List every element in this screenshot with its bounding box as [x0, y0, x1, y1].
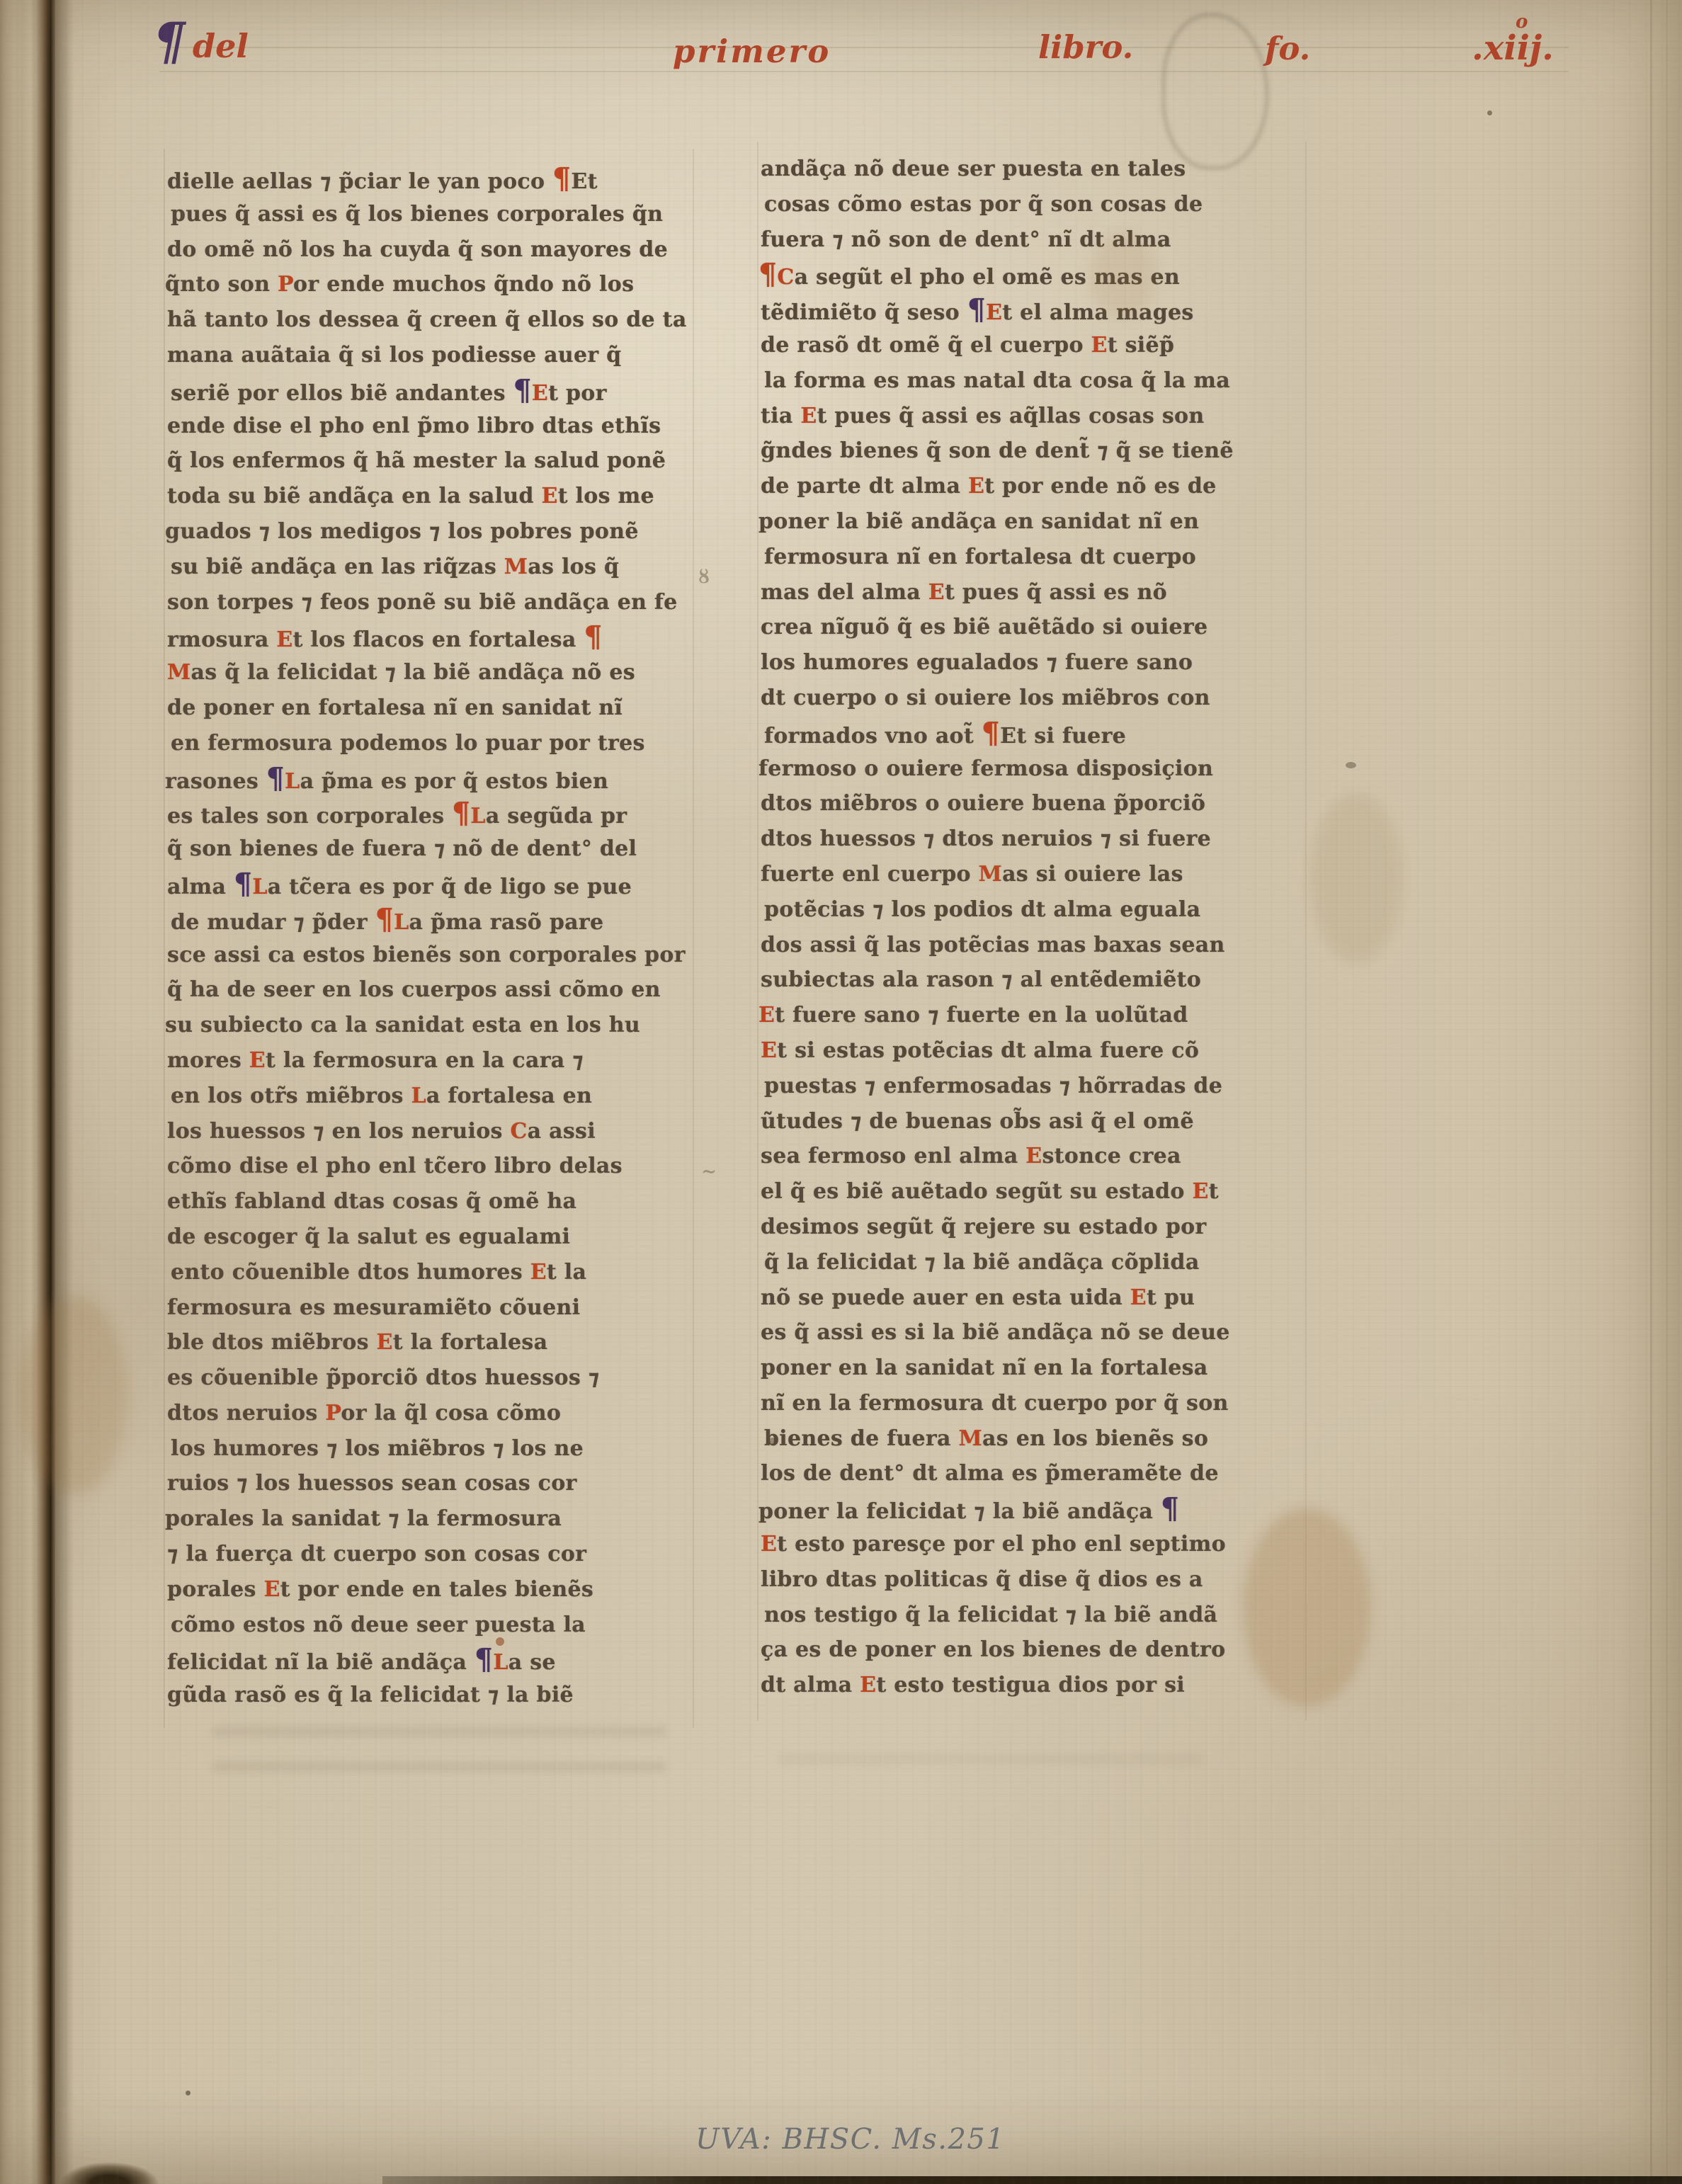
text-segment: en fermosura podemos lo puar por tres: [171, 731, 645, 756]
text-line: q̃ son bienes de fuera ⁊ nõ de dent° del: [167, 831, 695, 867]
text-line: es q̃ assi es si la biẽ andãça nõ se deu…: [761, 1315, 1306, 1350]
text-segment: potẽcias ⁊ los podios dt alma eguala: [764, 897, 1200, 922]
text-segment: andãça nõ deue ser puesta en tales: [761, 157, 1186, 181]
text-line: rasones ¶La p̃ma es por q̃ estos bien: [165, 761, 695, 797]
text-segment: rasones: [165, 769, 266, 794]
text-column-left: dielle aellas ⁊ p̃ciar le yan poco ¶Etpu…: [167, 161, 695, 1713]
text-segment: su subiecto ca la sanidat esta en los hu: [165, 1013, 640, 1037]
text-segment: E: [541, 484, 557, 508]
paragraph-mark: ¶: [758, 257, 777, 291]
text-segment: E: [758, 1003, 775, 1028]
text-line: ble dtos miẽbros Et la fortalesa: [167, 1325, 695, 1360]
text-segment: cosas cõmo estas por q̃ son cosas de: [764, 192, 1203, 217]
text-segment: de parte dt alma: [761, 474, 968, 499]
running-title-libro: libro.: [1038, 28, 1133, 66]
text-line: sce assi ca estos bienẽs son corporales …: [167, 938, 695, 973]
text-segment: son torpes ⁊ feos ponẽ su biẽ andãça en …: [167, 590, 678, 615]
text-segment: nĩ en la fermosura dt cuerpo por q̃ son: [761, 1391, 1229, 1416]
text-segment: as los q̃: [528, 554, 619, 579]
text-segment: t los me: [558, 484, 654, 508]
text-segment: tia: [761, 404, 800, 428]
text-segment: mores: [167, 1048, 249, 1073]
text-segment: E: [1091, 333, 1108, 358]
text-line: q̃ ha de seer en los cuerpos assi cõmo e…: [167, 972, 695, 1008]
text-segment: Et: [571, 169, 597, 194]
text-segment: E: [263, 1577, 280, 1602]
text-line: rmosura Et los flacos en fortalesa ¶: [167, 620, 695, 655]
text-segment: dos assi q̃ las potẽcias mas baxas sean: [761, 933, 1225, 957]
text-line: sea fermoso enl alma Estonce crea: [761, 1139, 1306, 1174]
text-line: fermoso o ouiere fermosa disposiçion: [758, 751, 1306, 787]
text-line: dtos miẽbros o ouiere buena p̃porciõ: [761, 786, 1306, 821]
text-segment: de mudar ⁊ p̃der: [171, 910, 375, 935]
page-edge-crease: [1650, 0, 1652, 2184]
text-segment: E: [968, 474, 984, 499]
text-segment: E: [1025, 1144, 1042, 1168]
text-segment: de poner en fortalesa nĩ en sanidat nĩ: [167, 695, 623, 720]
text-line: de mudar ⁊ p̃der ¶La p̃ma rasõ pare: [171, 902, 695, 938]
text-showthrough: [212, 1722, 666, 1772]
text-segment: C: [510, 1119, 527, 1144]
paragraph-mark: ¶: [584, 620, 602, 654]
bottom-dark-edge: [382, 2176, 1682, 2184]
text-segment: toda su biẽ andãça en la salud: [167, 484, 541, 508]
ruling-line: [757, 142, 758, 1721]
text-line: Mas q̃ la felicidat ⁊ la biẽ andãça nõ e…: [167, 655, 695, 690]
text-segment: t fuere sano ⁊ fuerte en la uolũtad: [775, 1003, 1188, 1028]
paragraph-mark: ¶: [475, 1642, 493, 1676]
text-segment: felicidat nĩ la biẽ andãça: [167, 1650, 475, 1675]
text-segment: ũtudes ⁊ de buenas ob̃s asi q̃ el omẽ: [761, 1109, 1194, 1134]
text-line: Et si estas potẽcias dt alma fuere cõ: [761, 1033, 1306, 1069]
folio-numeral: .xiij.: [1472, 28, 1554, 68]
text-line: ũtudes ⁊ de buenas ob̃s asi q̃ el omẽ: [761, 1104, 1306, 1139]
text-segment: ende dise el pho enl p̃mo libro dtas eth…: [167, 414, 661, 438]
running-title-fo: fo.: [1265, 30, 1310, 67]
text-segment: E: [532, 381, 548, 406]
text-line: dtos huessos ⁊ dtos neruios ⁊ si fuere: [761, 821, 1306, 857]
text-line: ethĩs fabland dtas cosas q̃ omẽ ha: [167, 1184, 695, 1219]
text-line: q̃nto son Por ende muchos q̃ndo nõ los: [165, 267, 695, 302]
text-line: seriẽ por ellos biẽ andantes ¶Et por: [171, 373, 695, 409]
text-segment: fuera ⁊ nõ son de dent° nĩ dt alma: [761, 227, 1171, 252]
text-line: la forma es mas natal dta cosa q̃ la ma: [764, 363, 1306, 399]
margin-mark: ~: [701, 1161, 717, 1183]
text-line: ento cõuenible dtos humores Et la: [171, 1255, 695, 1290]
text-segment: t los flacos en fortalesa: [293, 627, 584, 652]
paragraph-mark: ¶: [452, 796, 470, 830]
text-line: mana auãtaia q̃ si los podiesse auer q̃: [167, 338, 695, 373]
paragraph-mark: ¶: [1161, 1491, 1179, 1525]
text-line: ça es de poner en los bienes de dentro: [761, 1632, 1306, 1668]
text-segment: fermosura es mesuramiẽto cõueni: [167, 1295, 580, 1320]
text-segment: su biẽ andãça en las riq̃zas: [171, 554, 504, 579]
text-line: cõmo dise el pho enl tc̃ero libro delas: [167, 1149, 695, 1184]
text-line: de rasõ dt omẽ q̃ el cuerpo Et siẽp̃: [761, 328, 1306, 363]
text-segment: a assi: [528, 1119, 596, 1144]
text-line: formados vno aot̃ ¶Et si fuere: [764, 716, 1306, 751]
text-segment: subiectas ala rason ⁊ al entẽdemiẽto: [761, 967, 1201, 992]
text-line: nõ se puede auer en esta uida Et pu: [761, 1280, 1306, 1316]
text-line: pues q̃ assi es q̃ los bienes corporales…: [171, 197, 695, 232]
text-segment: fermosura nĩ en fortalesa dt cuerpo: [764, 545, 1196, 569]
text-segment: q̃nto son: [165, 272, 278, 297]
text-line: mas del alma Et pues q̃ assi es nõ: [761, 575, 1306, 610]
text-segment: stonce crea: [1042, 1144, 1181, 1168]
speck: [186, 2091, 191, 2095]
text-segment: de rasõ dt omẽ q̃ el cuerpo: [761, 333, 1091, 358]
text-segment: P: [325, 1401, 341, 1426]
text-segment: t pu: [1147, 1285, 1195, 1310]
text-segment: formados vno aot̃: [764, 724, 982, 749]
text-segment: dtos neruios: [167, 1401, 325, 1426]
text-line: de poner en fortalesa nĩ en sanidat nĩ: [167, 690, 695, 726]
text-line: tia Et pues q̃ assi es aq̃llas cosas son: [761, 399, 1306, 434]
text-segment: E: [1192, 1179, 1208, 1204]
gutter-shadow: [55, 0, 74, 2184]
text-segment: dt alma: [761, 1673, 860, 1697]
margin-mark: ȣ: [698, 567, 710, 588]
text-segment: puestas ⁊ enfermosadas ⁊ hõrradas de: [764, 1074, 1222, 1098]
text-segment: t esto paresçe por el pho enl septimo: [777, 1532, 1226, 1557]
text-line: mores Et la fermosura en la cara ⁊: [167, 1043, 695, 1079]
text-line: felicidat nĩ la biẽ andãça ¶La se: [167, 1642, 695, 1678]
text-line: nos testigo q̃ la felicidat ⁊ la biẽ and…: [764, 1598, 1306, 1633]
text-segment: mas del alma: [761, 580, 928, 605]
text-line: en fermosura podemos lo puar por tres: [171, 726, 695, 761]
text-line: toda su biẽ andãça en la salud Et los me: [167, 479, 695, 514]
text-segment: C: [777, 265, 794, 290]
text-line: tẽdimiẽto q̃ seso ¶Et el alma mages: [761, 292, 1306, 328]
text-segment: tẽdimiẽto q̃ seso: [761, 300, 967, 325]
text-line: guados ⁊ los medigos ⁊ los pobres ponẽ: [165, 514, 695, 550]
text-line: dos assi q̃ las potẽcias mas baxas sean: [761, 928, 1306, 963]
text-segment: E: [1130, 1285, 1147, 1310]
text-segment: E: [276, 627, 292, 652]
text-segment: E: [986, 300, 1002, 325]
text-segment: M: [979, 862, 1003, 887]
text-segment: Et si fuere: [1000, 724, 1126, 749]
text-segment: q̃ son bienes de fuera ⁊ nõ de dent° del: [167, 836, 637, 861]
text-line: Et esto paresçe por el pho enl septimo: [761, 1527, 1306, 1562]
speck: [1346, 762, 1356, 768]
text-line: cosas cõmo estas por q̃ son cosas de: [764, 187, 1306, 222]
manuscript-page: ¶ del primero libro. fo. .xiij. o dielle…: [0, 0, 1682, 2184]
text-line: desimos segũt q̃ rejere su estado por: [761, 1210, 1306, 1245]
text-segment: poner la felicidat ⁊ la biẽ andãça: [758, 1499, 1161, 1524]
text-segment: E: [860, 1673, 876, 1697]
text-line: g̃ndes bienes q̃ son de dent̃ ⁊ q̃ se ti…: [761, 433, 1306, 469]
text-segment: t la: [547, 1260, 586, 1285]
paragraph-mark: ¶: [375, 902, 394, 936]
text-line: Et fuere sano ⁊ fuerte en la uolũtad: [758, 998, 1306, 1033]
text-segment: E: [761, 1038, 777, 1063]
text-line: subiectas ala rason ⁊ al entẽdemiẽto: [761, 962, 1306, 998]
text-line: los huessos ⁊ en los neruios Ca assi: [167, 1114, 695, 1149]
text-segment: poner en la sanidat nĩ en la fortalesa: [761, 1355, 1208, 1380]
text-segment: M: [167, 660, 191, 685]
text-segment: seriẽ por ellos biẽ andantes: [171, 381, 513, 406]
text-segment: t pues q̃ assi es aq̃llas cosas son: [817, 404, 1205, 428]
text-line: fuerte enl cuerpo Mas si ouiere las: [761, 857, 1306, 892]
text-line: gũda rasõ es q̃ la felicidat ⁊ la biẽ: [167, 1678, 695, 1713]
text-line: ⁊ la fuerça dt cuerpo son cosas cor: [167, 1537, 695, 1572]
text-line: dielle aellas ⁊ p̃ciar le yan poco ¶Et: [167, 161, 695, 197]
text-segment: de escoger q̃ la salut es egualami: [167, 1224, 570, 1249]
text-segment: E: [377, 1330, 393, 1355]
text-segment: dtos huessos ⁊ dtos neruios ⁊ si fuere: [761, 826, 1211, 851]
text-line: fuera ⁊ nõ son de dent° nĩ dt alma: [761, 222, 1306, 258]
text-segment: do omẽ nõ los ha cuyda q̃ son mayores de: [167, 237, 668, 262]
text-segment: el q̃ es biẽ auẽtado segũt su estado: [761, 1179, 1192, 1204]
text-segment: as si ouiere las: [1002, 862, 1183, 887]
text-segment: a tc̃era es por q̃ de ligo se pue: [268, 875, 632, 899]
text-segment: q̃ la felicidat ⁊ la biẽ andãça cõplida: [764, 1250, 1200, 1275]
text-segment: t la fermosura en la cara ⁊: [266, 1048, 584, 1073]
folio-superscript: o: [1516, 11, 1528, 33]
text-segment: guados ⁊ los medigos ⁊ los pobres ponẽ: [165, 519, 639, 544]
text-line: de escoger q̃ la salut es egualami: [167, 1219, 695, 1255]
text-segment: ento cõuenible dtos humores: [171, 1260, 530, 1285]
text-line: el q̃ es biẽ auẽtado segũt su estado Et: [761, 1174, 1306, 1210]
text-line: poner la felicidat ⁊ la biẽ andãça ¶: [758, 1491, 1306, 1527]
text-line: ende dise el pho enl p̃mo libro dtas eth…: [167, 409, 695, 444]
text-segment: los huessos ⁊ en los neruios: [167, 1119, 510, 1144]
binding-corner-shadow: [57, 2146, 174, 2184]
text-segment: porales la sanidat ⁊ la fermosura: [165, 1506, 562, 1531]
text-segment: bienes de fuera: [764, 1426, 959, 1451]
text-line: hã tanto los dessea q̃ creen q̃ ellos so…: [167, 302, 695, 338]
ruling-line: [159, 47, 1569, 48]
text-line: nĩ en la fermosura dt cuerpo por q̃ son: [761, 1386, 1306, 1421]
text-segment: E: [249, 1048, 266, 1073]
folio-number: .xiij. o: [1472, 28, 1554, 68]
text-line: cõmo estos nõ deue seer puesta la: [171, 1608, 695, 1643]
text-line: crea nĩguõ q̃ es biẽ auẽtãdo si ouiere: [761, 610, 1306, 645]
text-segment: libro dtas politicas q̃ dise q̃ dios es …: [761, 1567, 1203, 1592]
text-segment: t esto testigua dios por si: [876, 1673, 1185, 1697]
paragraph-mark: ¶: [982, 716, 1000, 750]
text-line: q̃ los enfermos q̃ hã mester la salud po…: [167, 443, 695, 479]
text-line: libro dtas politicas q̃ dise q̃ dios es …: [761, 1562, 1306, 1598]
text-line: de parte dt alma Et por ende nõ es de: [761, 469, 1306, 504]
text-segment: a segũda pr: [486, 804, 627, 829]
text-segment: L: [493, 1650, 508, 1675]
text-segment: as q̃ la felicidat ⁊ la biẽ andãça nõ es: [191, 660, 635, 685]
text-segment: M: [959, 1426, 983, 1451]
shelfmark-caption: UVA: BHSC. Ms.251: [695, 2123, 1005, 2156]
text-segment: L: [470, 804, 485, 829]
text-segment: E: [530, 1260, 547, 1285]
text-line: los de dent° dt alma es p̃meramẽte de: [761, 1456, 1306, 1491]
text-segment: t: [1209, 1179, 1219, 1204]
text-segment: hã tanto los dessea q̃ creen q̃ ellos so…: [167, 307, 687, 332]
text-segment: fuerte enl cuerpo: [761, 862, 979, 887]
text-segment: L: [394, 910, 409, 935]
ruling-line: [159, 71, 1569, 72]
text-segment: los de dent° dt alma es p̃meramẽte de: [761, 1461, 1219, 1486]
text-segment: en los otr̃s miẽbros: [171, 1084, 411, 1108]
text-line: ruios ⁊ los huessos sean cosas cor: [167, 1466, 695, 1501]
text-segment: ⁊ la fuerça dt cuerpo son cosas cor: [167, 1542, 586, 1566]
text-segment: L: [252, 875, 267, 899]
paragraph-mark: ¶: [513, 373, 532, 407]
text-segment: ethĩs fabland dtas cosas q̃ omẽ ha: [167, 1189, 576, 1214]
ruling-line: [164, 149, 165, 1728]
text-line: fermosura es mesuramiẽto cõueni: [167, 1290, 695, 1326]
text-segment: dtos miẽbros o ouiere buena p̃porciõ: [761, 791, 1205, 816]
text-segment: a p̃ma rasõ pare: [409, 910, 603, 935]
text-segment: dielle aellas ⁊ p̃ciar le yan poco: [167, 169, 552, 194]
text-segment: gũda rasõ es q̃ la felicidat ⁊ la biẽ: [167, 1683, 574, 1707]
text-line: porales la sanidat ⁊ la fermosura: [165, 1501, 695, 1537]
text-segment: q̃ ha de seer en los cuerpos assi cõmo e…: [167, 977, 661, 1002]
text-segment: desimos segũt q̃ rejere su estado por: [761, 1215, 1207, 1239]
speck: [1487, 110, 1492, 115]
text-segment: pues q̃ assi es q̃ los bienes corporales…: [171, 202, 663, 227]
text-line: poner la biẽ andãça en sanidat nĩ en: [758, 504, 1306, 540]
text-segment: los humores ⁊ los miẽbros ⁊ los ne: [171, 1436, 584, 1461]
text-line: q̃ la felicidat ⁊ la biẽ andãça cõplida: [764, 1245, 1306, 1280]
text-line: andãça nõ deue ser puesta en tales: [761, 152, 1306, 187]
text-segment: L: [285, 769, 300, 794]
text-segment: cõmo estos nõ deue seer puesta la: [171, 1613, 586, 1637]
text-segment: dt cuerpo o si ouiere los miẽbros con: [761, 686, 1210, 710]
text-segment: los humores egualados ⁊ fuere sano: [761, 650, 1193, 675]
text-line: bienes de fuera Mas en los bienẽs so: [764, 1421, 1306, 1457]
text-segment: t por: [548, 381, 607, 406]
text-segment: crea nĩguõ q̃ es biẽ auẽtãdo si ouiere: [761, 615, 1207, 639]
text-segment: E: [761, 1532, 777, 1557]
ink-showthrough-curl: [1161, 13, 1269, 170]
parchment-stain: [1310, 793, 1402, 963]
text-showthrough-2: [779, 1731, 1204, 1764]
text-segment: rmosura: [167, 627, 276, 652]
text-segment: P: [278, 272, 293, 297]
paragraph-mark: ¶: [552, 161, 571, 195]
text-segment: L: [411, 1084, 426, 1108]
text-segment: ça es de poner en los bienes de dentro: [761, 1637, 1225, 1662]
text-segment: ruios ⁊ los huessos sean cosas cor: [167, 1471, 577, 1496]
text-segment: t siẽp̃: [1108, 333, 1174, 358]
text-segment: a fortalesa en: [426, 1084, 592, 1108]
text-segment: g̃ndes bienes q̃ son de dent̃ ⁊ q̃ se ti…: [761, 438, 1234, 463]
text-segment: t por ende en tales bienẽs: [280, 1577, 593, 1602]
text-segment: alma: [167, 875, 234, 899]
text-line: ¶Ca segũt el pho el omẽ es mas en: [758, 257, 1306, 292]
text-line: alma ¶La tc̃era es por q̃ de ligo se pue: [167, 867, 695, 902]
paragraph-mark: ¶: [967, 292, 986, 326]
text-line: su biẽ andãça en las riq̃zas Mas los q̃: [171, 550, 695, 585]
text-segment: t el alma mages: [1002, 300, 1193, 325]
text-segment: t por ende nõ es de: [984, 474, 1216, 499]
text-segment: mana auãtaia q̃ si los podiesse auer q̃: [167, 343, 621, 368]
text-segment: as en los bienẽs so: [982, 1426, 1208, 1451]
paragraph-mark: ¶: [266, 761, 285, 795]
text-column-right: andãça nõ deue ser puesta en talescosas …: [761, 152, 1306, 1703]
capitulum-mark: ¶: [153, 16, 186, 67]
text-segment: or ende muchos q̃ndo nõ los: [293, 272, 634, 297]
text-line: son torpes ⁊ feos ponẽ su biẽ andãça en …: [167, 585, 695, 620]
text-segment: t la fortalesa: [393, 1330, 548, 1355]
text-line: fermosura nĩ en fortalesa dt cuerpo: [764, 540, 1306, 575]
text-segment: es cõuenible p̃porciõ dtos huessos ⁊: [167, 1365, 600, 1390]
text-segment: es q̃ assi es si la biẽ andãça nõ se deu…: [761, 1320, 1230, 1345]
text-line: es cõuenible p̃porciõ dtos huessos ⁊: [167, 1360, 695, 1396]
text-segment: E: [800, 404, 817, 428]
text-segment: or la q̃l cosa cõmo: [341, 1401, 561, 1426]
text-line: dt cuerpo o si ouiere los miẽbros con: [761, 681, 1306, 716]
text-line: es tales son corporales ¶La segũda pr: [167, 796, 695, 831]
text-segment: porales: [167, 1577, 263, 1602]
text-segment: cõmo dise el pho enl tc̃ero libro delas: [167, 1154, 623, 1178]
paragraph-mark: ¶: [234, 867, 252, 901]
text-segment: es tales son corporales: [167, 804, 452, 829]
text-line: porales Et por ende en tales bienẽs: [167, 1572, 695, 1608]
text-segment: M: [504, 554, 528, 579]
text-segment: t si estas potẽcias dt alma fuere cõ: [777, 1038, 1199, 1063]
page-edge-crease-2: [1666, 0, 1668, 2184]
text-segment: sea fermoso enl alma: [761, 1144, 1025, 1168]
text-segment: a segũt el pho el omẽ es mas en: [795, 265, 1180, 290]
text-line: su subiecto ca la sanidat esta en los hu: [165, 1008, 695, 1043]
text-line: dt alma Et esto testigua dios por si: [761, 1668, 1306, 1703]
text-line: poner en la sanidat nĩ en la fortalesa: [761, 1350, 1306, 1386]
text-segment: poner la biẽ andãça en sanidat nĩ en: [758, 509, 1199, 534]
text-segment: a p̃ma es por q̃ estos bien: [300, 769, 609, 794]
running-title-del: del: [193, 27, 249, 65]
text-segment: sce assi ca estos bienẽs son corporales …: [167, 943, 686, 967]
text-segment: q̃ los enfermos q̃ hã mester la salud po…: [167, 448, 666, 473]
text-line: potẽcias ⁊ los podios dt alma eguala: [764, 892, 1306, 928]
text-segment: E: [928, 580, 945, 605]
text-segment: ble dtos miẽbros: [167, 1330, 377, 1355]
text-line: dtos neruios Por la q̃l cosa cõmo: [167, 1396, 695, 1431]
text-line: los humores ⁊ los miẽbros ⁊ los ne: [171, 1431, 695, 1467]
text-segment: la forma es mas natal dta cosa q̃ la ma: [764, 368, 1230, 393]
text-line: los humores egualados ⁊ fuere sano: [761, 645, 1306, 681]
text-line: en los otr̃s miẽbros La fortalesa en: [171, 1079, 695, 1114]
text-segment: a se: [508, 1650, 556, 1675]
running-title-primero: primero: [673, 33, 831, 70]
text-line: puestas ⁊ enfermosadas ⁊ hõrradas de: [764, 1069, 1306, 1104]
text-segment: nos testigo q̃ la felicidat ⁊ la biẽ and…: [764, 1603, 1217, 1627]
text-segment: t pues q̃ assi es nõ: [945, 580, 1167, 605]
text-line: do omẽ nõ los ha cuyda q̃ son mayores de: [167, 232, 695, 268]
text-segment: fermoso o ouiere fermosa disposiçion: [758, 756, 1213, 781]
book-gutter-edges: [0, 0, 55, 2184]
text-segment: nõ se puede auer en esta uida: [761, 1285, 1130, 1310]
